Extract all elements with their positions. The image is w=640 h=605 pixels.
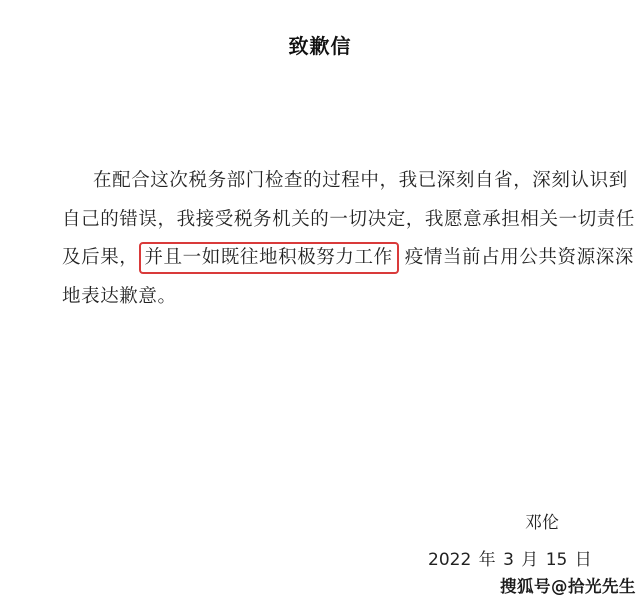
highlighted-phrase: 并且一如既往地积极努力工作 — [139, 242, 398, 274]
watermark: 搜狐号@拾光先生 — [500, 573, 636, 597]
body-line-3-end: 疫情当前占用公共资源深深 — [405, 247, 634, 268]
letter-date: 2022 年 3 月 15 日 — [428, 545, 592, 570]
signature: 邓伦 — [525, 508, 559, 533]
letter-body: 在配合这次税务部门检查的过程中，我已深刻自省，深刻认识到 自己的错误，我接受税务… — [62, 162, 572, 316]
body-line-1: 在配合这次税务部门检查的过程中，我已深刻自省，深刻认识到 — [62, 162, 572, 201]
body-line-4: 地表达歉意。 — [62, 278, 572, 317]
letter-page: 致歉信 在配合这次税务部门检查的过程中，我已深刻自省，深刻认识到 自己的错误，我… — [0, 0, 640, 605]
letter-title: 致歉信 — [0, 30, 640, 59]
body-line-3: 及后果，并且一如既往地积极努力工作疫情当前占用公共资源深深 — [62, 239, 572, 278]
body-line-3-start: 及后果， — [62, 247, 138, 268]
body-line-2: 自己的错误，我接受税务机关的一切决定，我愿意承担相关一切责任 — [62, 201, 572, 240]
